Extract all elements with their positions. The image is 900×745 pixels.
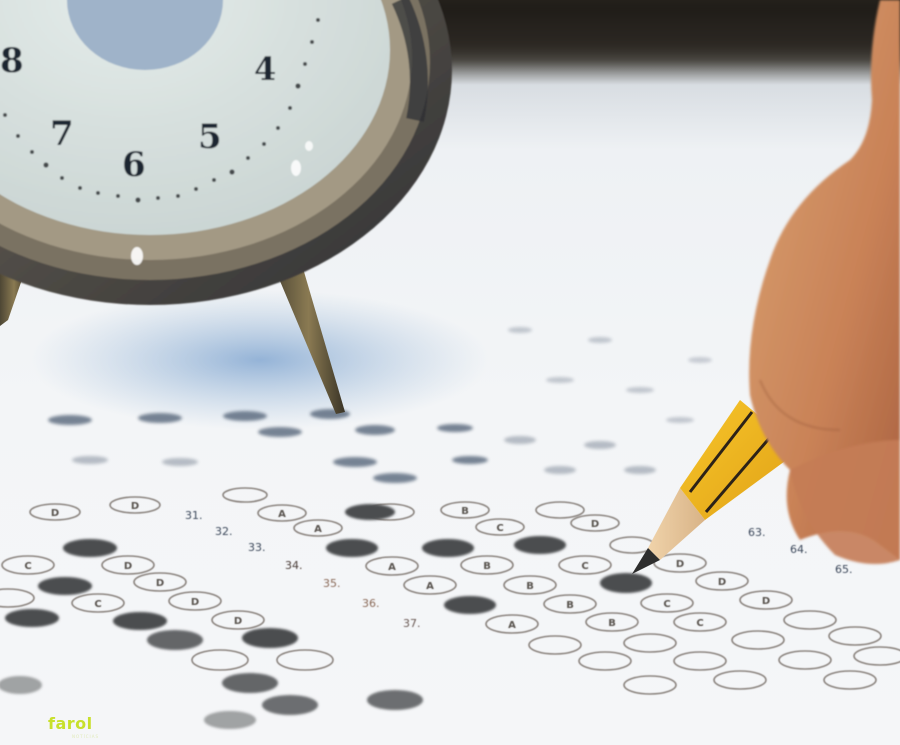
photo-scene: DD CD DD CD AA BC DA AB BC BD CD DA BC 3… bbox=[0, 0, 900, 745]
hand-with-pencil bbox=[0, 0, 900, 745]
watermark-logo: farol bbox=[48, 716, 93, 732]
hand bbox=[749, 0, 900, 564]
watermark-subtitle: NOTÍCIAS bbox=[72, 734, 99, 739]
